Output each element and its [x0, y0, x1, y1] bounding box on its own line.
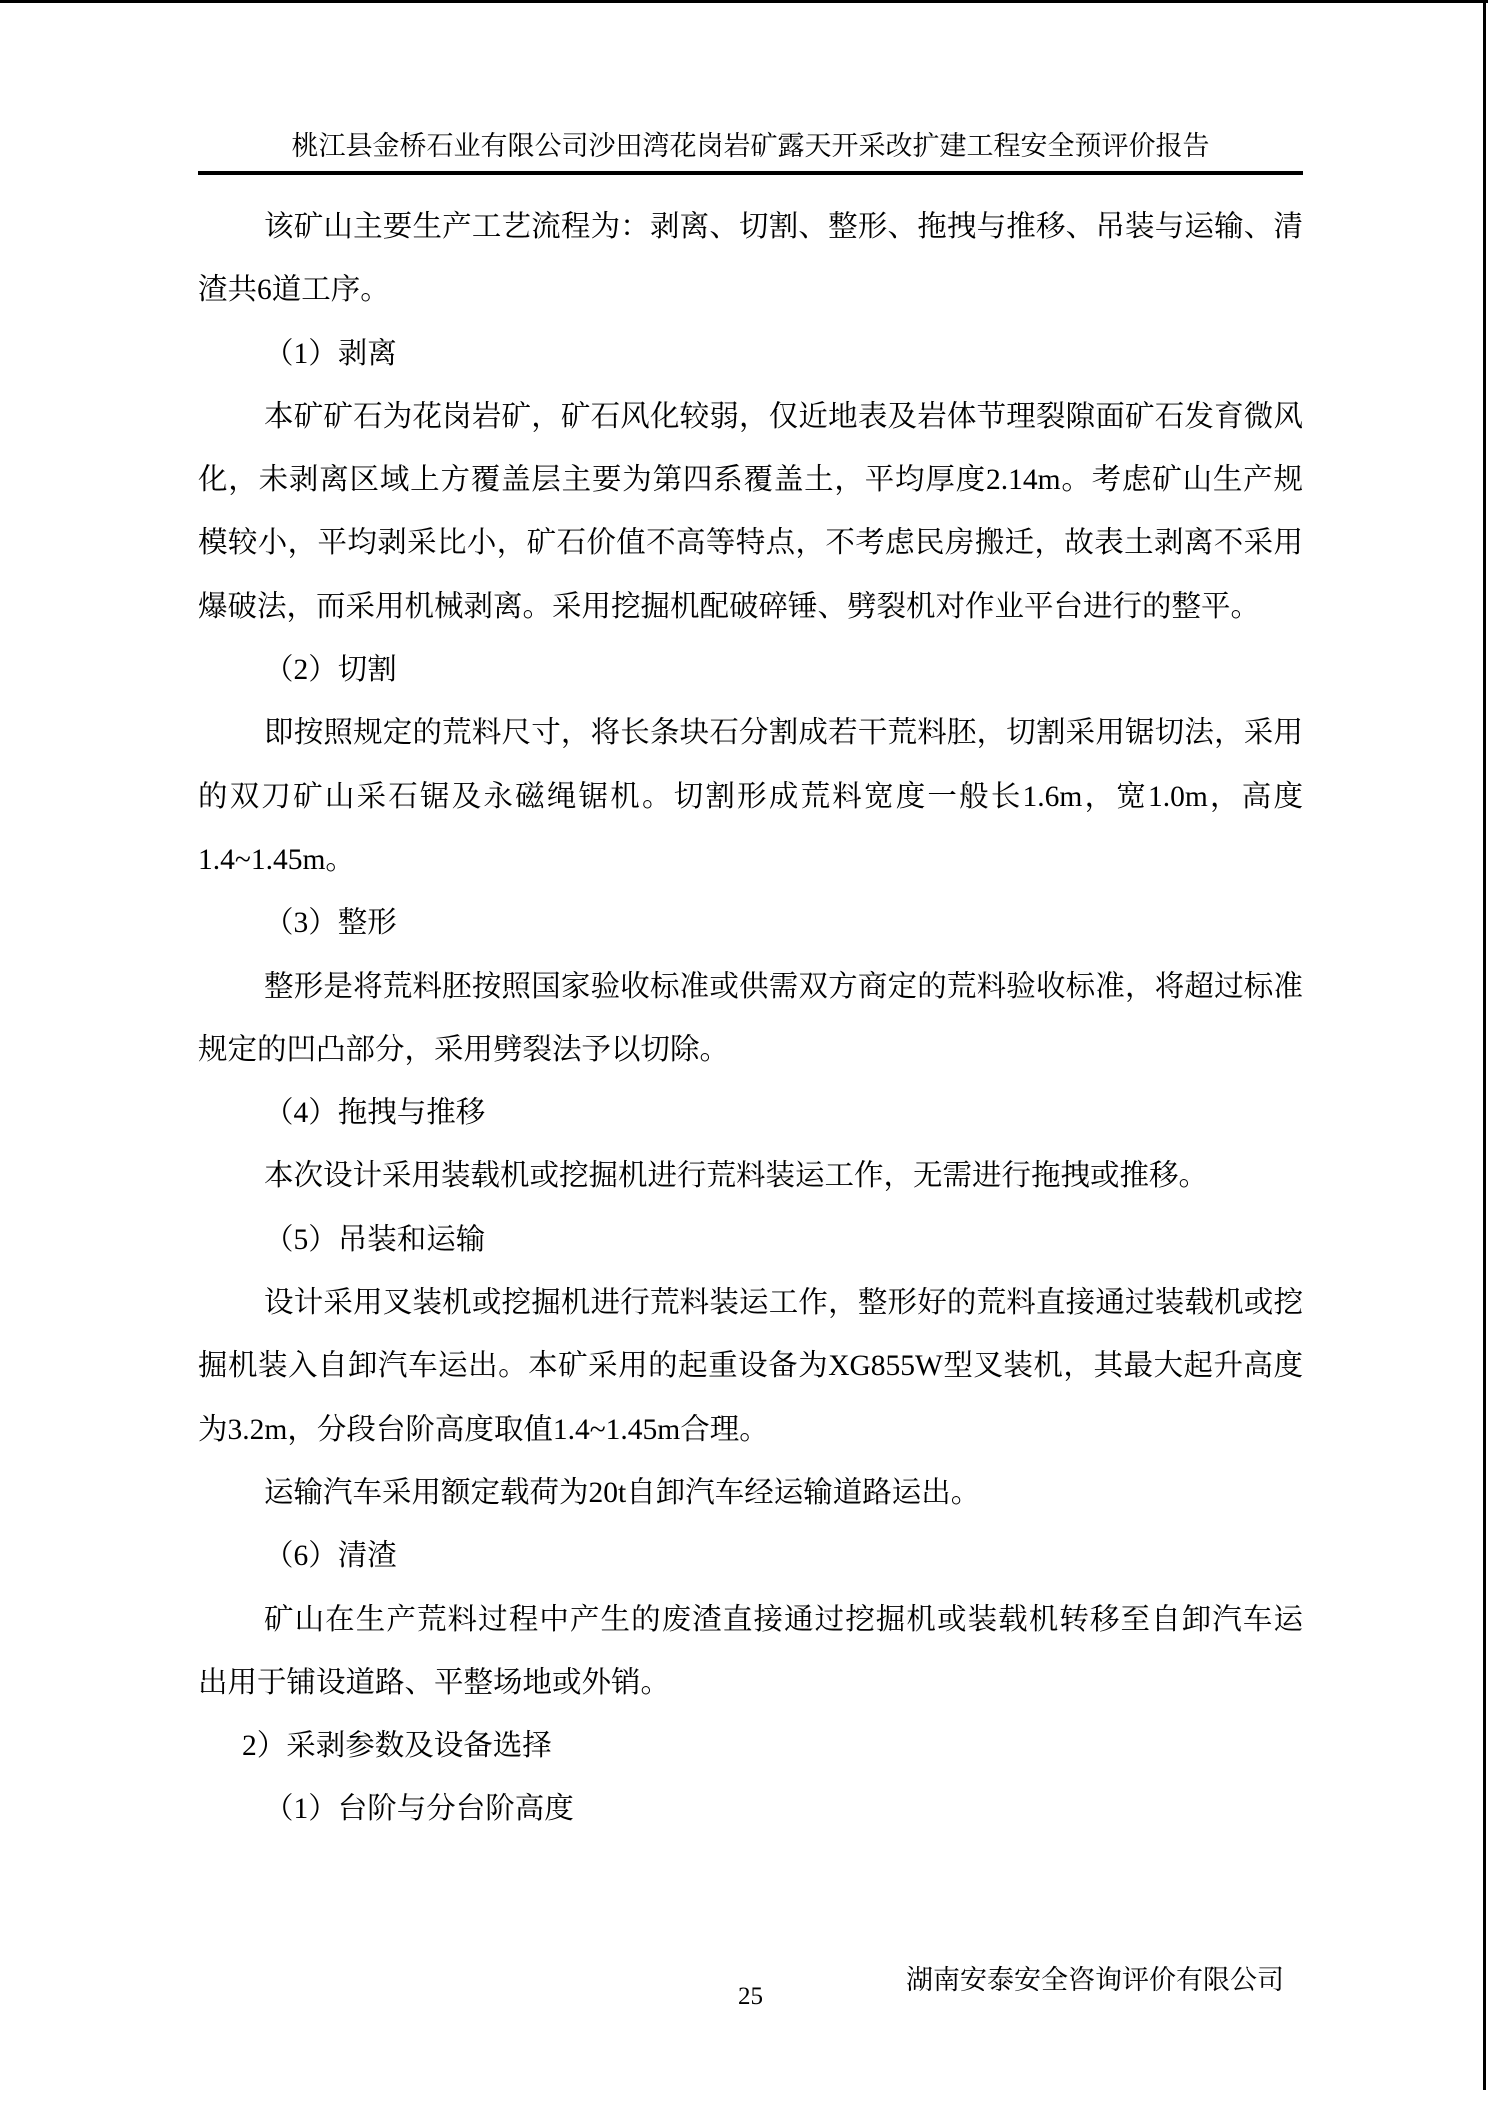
text-line: 掘机装入自卸汽车运出。本矿采用的起重设备为XG855W型叉装机，其最大起升高度: [198, 1335, 1303, 1398]
text-line: 为3.2m，分段台阶高度取值1.4~1.45m合理。: [198, 1399, 1303, 1462]
document-body: 该矿山主要生产工艺流程为：剥离、切割、整形、拖拽与推移、吊装与运输、清渣共6道工…: [198, 196, 1303, 1842]
text-line: 的双刀矿山采石锯及永磁绳锯机。切割形成荒料宽度一般长1.6m，宽1.0m，高度: [198, 766, 1303, 829]
text-line: 即按照规定的荒料尺寸，将长条块石分割成若干荒料胚，切割采用锯切法，采用: [198, 702, 1303, 765]
header-rule: [198, 171, 1303, 175]
document-page: 桃江县金桥石业有限公司沙田湾花岗岩矿露天开采改扩建工程安全预评价报告 该矿山主要…: [0, 0, 1488, 2104]
text-line: （4）拖拽与推移: [198, 1082, 1303, 1145]
text-line: 矿山在生产荒料过程中产生的废渣直接通过挖掘机或装载机转移至自卸汽车运: [198, 1589, 1303, 1652]
text-line: （2）切割: [198, 639, 1303, 702]
text-line: 爆破法，而采用机械剥离。采用挖掘机配破碎锤、劈裂机对作业平台进行的整平。: [198, 576, 1303, 639]
text-line: 本次设计采用装载机或挖掘机进行荒料装运工作，无需进行拖拽或推移。: [198, 1145, 1303, 1208]
text-line: （3）整形: [198, 892, 1303, 955]
text-line: 该矿山主要生产工艺流程为：剥离、切割、整形、拖拽与推移、吊装与运输、清: [198, 196, 1303, 259]
text-line: 设计采用叉装机或挖掘机进行荒料装运工作，整形好的荒料直接通过装载机或挖: [198, 1272, 1303, 1335]
text-line: 渣共6道工序。: [198, 259, 1303, 322]
footer-company: 湖南安泰安全咨询评价有限公司: [906, 1961, 1284, 1999]
text-line: 1.4~1.45m。: [198, 829, 1303, 892]
scan-edge-top: [0, 0, 1488, 3]
text-line: 整形是将荒料胚按照国家验收标准或供需双方商定的荒料验收标准，将超过标准: [198, 956, 1303, 1019]
text-line: （6）清渣: [198, 1525, 1303, 1588]
text-line: （1）剥离: [198, 323, 1303, 386]
text-line: 化，未剥离区域上方覆盖层主要为第四系覆盖土，平均厚度2.14m。考虑矿山生产规: [198, 449, 1303, 512]
text-line: 运输汽车采用额定载荷为20t自卸汽车经运输道路运出。: [198, 1462, 1303, 1525]
text-line: 本矿矿石为花岗岩矿，矿石风化较弱，仅近地表及岩体节理裂隙面矿石发育微风: [198, 386, 1303, 449]
text-line: 模较小，平均剥采比小，矿石价值不高等特点，不考虑民房搬迁，故表土剥离不采用: [198, 512, 1303, 575]
scan-edge-right: [1483, 0, 1486, 2090]
text-line: 规定的凹凸部分，采用劈裂法予以切除。: [198, 1019, 1303, 1082]
header-title: 桃江县金桥石业有限公司沙田湾花岗岩矿露天开采改扩建工程安全预评价报告: [198, 128, 1303, 164]
text-line: （1）台阶与分台阶高度: [198, 1778, 1303, 1841]
text-line: （5）吊装和运输: [198, 1209, 1303, 1272]
text-line: 2）采剥参数及设备选择: [198, 1715, 1303, 1778]
text-line: 出用于铺设道路、平整场地或外销。: [198, 1652, 1303, 1715]
